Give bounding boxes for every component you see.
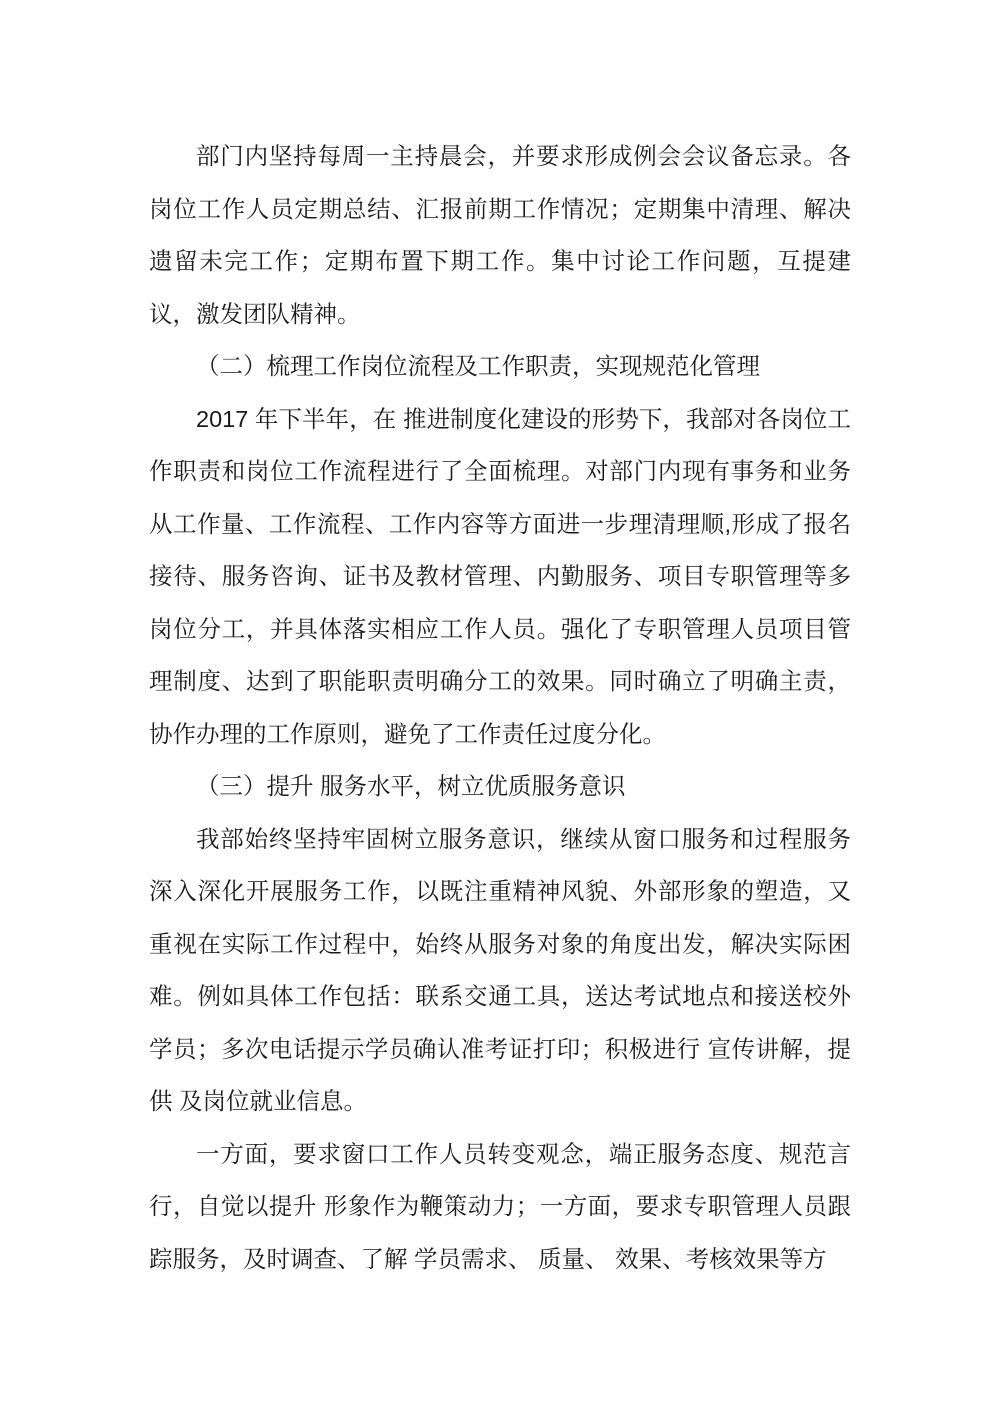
paragraph-service-requirements: 一方面，要求窗口工作人员转变观念，端正服务态度、规范言行，自觉以提升 形象作为鞭… — [149, 1128, 851, 1286]
paragraph-morning-meetings: 部门内坚持每周一主持晨会，并要求形成例会会议备忘录。各岗位工作人员定期总结、汇报… — [149, 130, 851, 340]
section-heading-3: （三）提升 服务水平，树立优质服务意识 — [149, 760, 851, 813]
section-heading-2: （二）梳理工作岗位流程及工作职责，实现规范化管理 — [149, 340, 851, 393]
paragraph-process-restructuring: 2017 年下半年，在 推进制度化建设的形势下，我部对各岗位工作职责和岗位工作流… — [149, 393, 851, 761]
document-page: 部门内坚持每周一主持晨会，并要求形成例会会议备忘录。各岗位工作人员定期总结、汇报… — [0, 0, 1000, 1415]
paragraph-service-awareness: 我部始终坚持牢固树立服务意识，继续从窗口服务和过程服务深入深化开展服务工作，以既… — [149, 813, 851, 1128]
